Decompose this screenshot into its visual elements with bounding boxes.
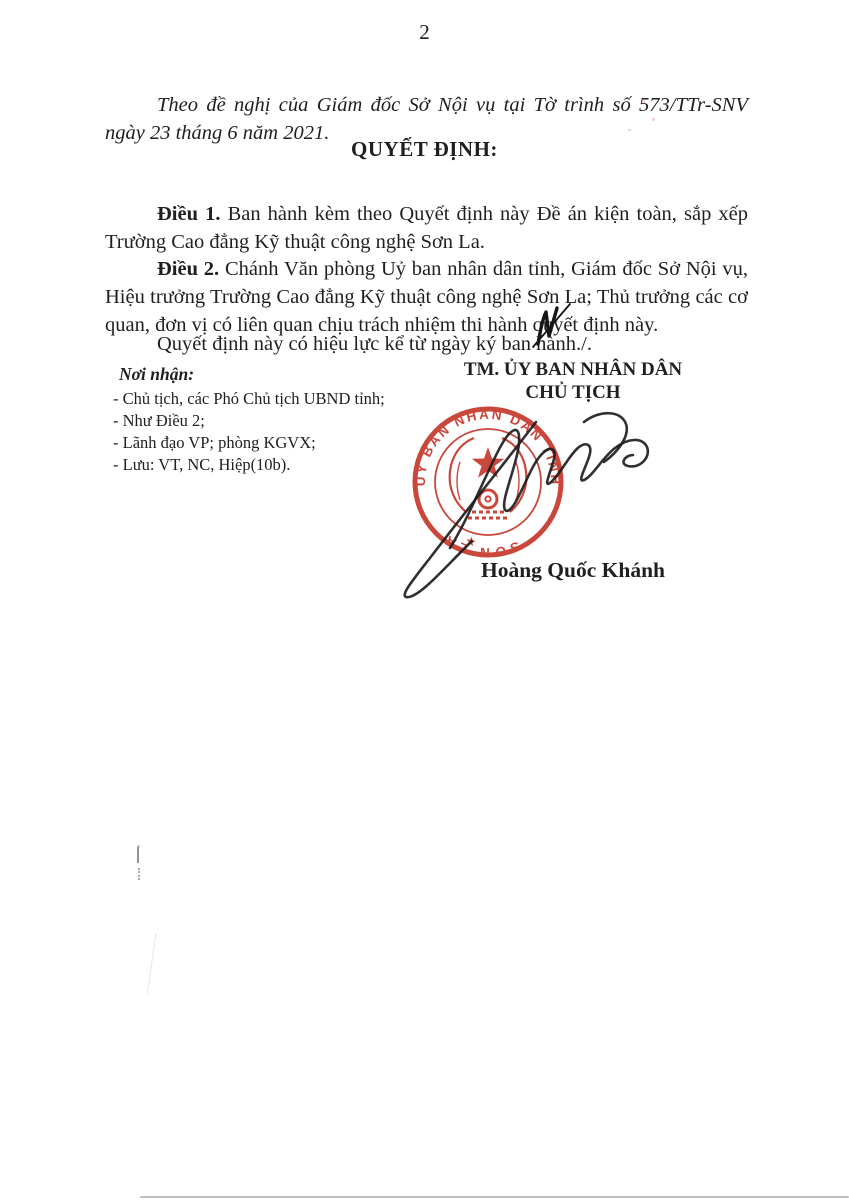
document-page: 2 Theo đề nghị của Giám đốc Sở Nội vụ tạ… [0, 0, 849, 1200]
article-1-paragraph: Điều 1. Ban hành kèm theo Quyết định này… [105, 200, 748, 256]
article-2-paragraph: Điều 2. Chánh Văn phòng Uỷ ban nhân dân … [105, 255, 748, 339]
recipient-item: - Như Điều 2; [113, 410, 423, 432]
article-2-label: Điều 2. [157, 258, 219, 280]
decision-heading: QUYẾT ĐỊNH: [0, 137, 849, 162]
signer-name: Hoàng Quốc Khánh [440, 558, 706, 583]
scan-artifact [138, 868, 143, 880]
effect-clause: Quyết định này có hiệu lực kể từ ngày ký… [105, 330, 748, 358]
article-1-label: Điều 1. [157, 203, 220, 225]
recipients-block: Nơi nhận: - Chủ tịch, các Phó Chủ tịch U… [113, 364, 423, 476]
scan-artifact [147, 935, 164, 996]
recipient-item: - Lãnh đạo VP; phòng KGVX; [113, 432, 423, 454]
page-number: 2 [0, 20, 849, 45]
recipients-label: Nơi nhận: [119, 364, 423, 385]
recipient-item: - Lưu: VT, NC, Hiệp(10b). [113, 454, 423, 476]
scan-bottom-edge [140, 1196, 849, 1198]
on-behalf-line: TM. ỦY BAN NHÂN DÂN [440, 358, 706, 381]
scan-artifact [137, 845, 144, 863]
recipient-item: - Chủ tịch, các Phó Chủ tịch UBND tỉnh; [113, 388, 423, 410]
handwritten-initial-mark [528, 300, 574, 350]
